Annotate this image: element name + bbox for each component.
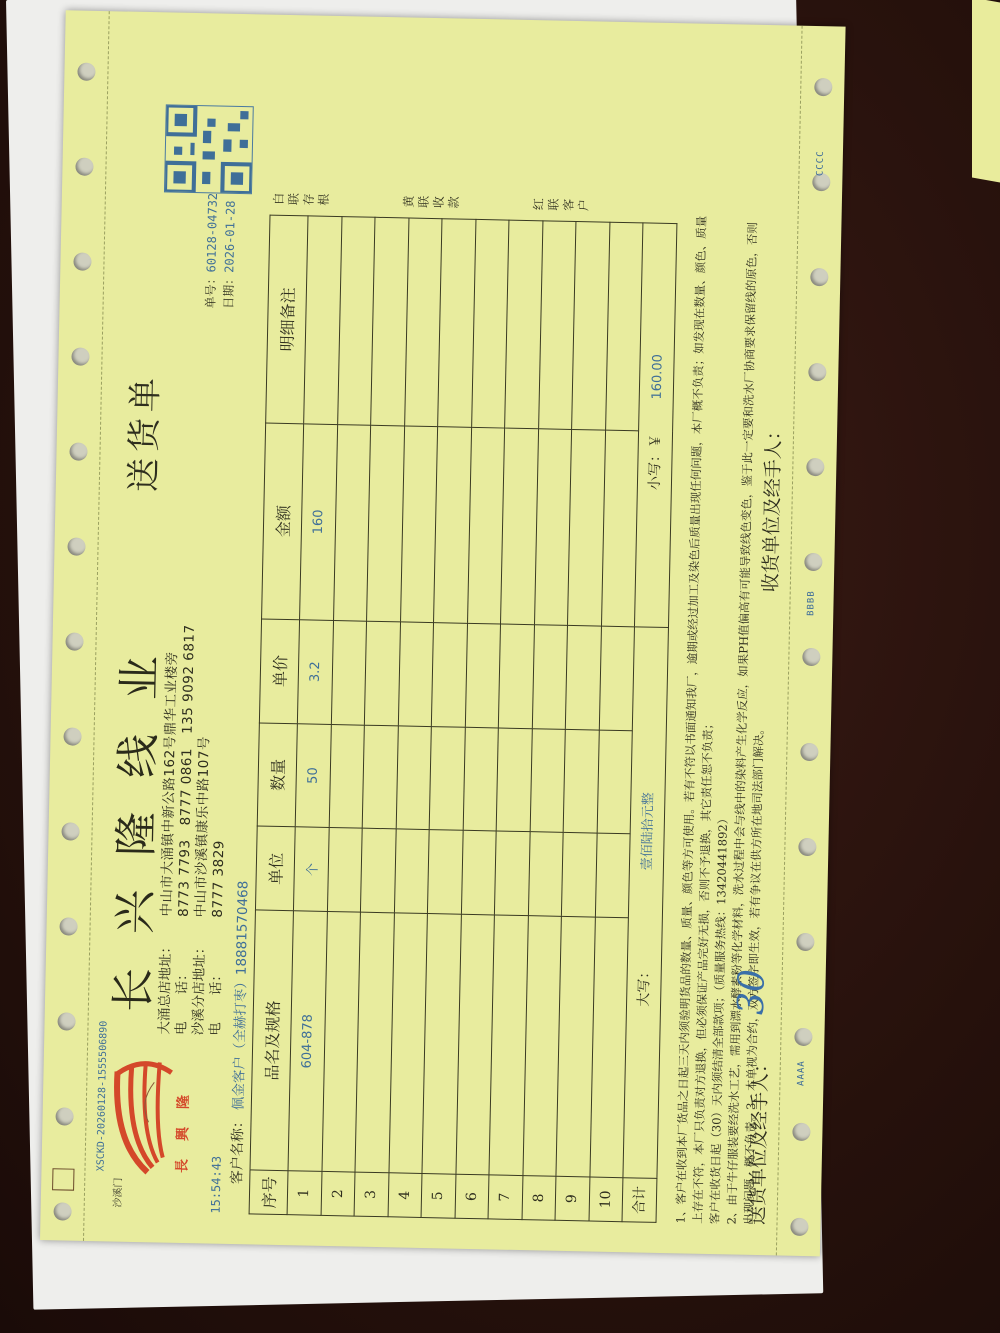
item-name: 604-878 xyxy=(300,1014,316,1069)
delivery-note: CCCC BBBB AAAA XSCKD-20260128-1555506890… xyxy=(40,10,846,1256)
sprocket-hole xyxy=(802,648,820,666)
header-unit: 单位 xyxy=(255,826,295,911)
sprocket-hole xyxy=(808,363,826,381)
total-lowercase-value: 160.00 xyxy=(650,354,666,400)
sprocket-hole xyxy=(792,1123,810,1141)
header-price: 单价 xyxy=(259,619,299,724)
sprocket-hole xyxy=(57,1012,75,1030)
sprocket-hole xyxy=(804,553,822,571)
sprocket-hole xyxy=(63,727,81,745)
date-label: 日期： xyxy=(222,273,237,309)
copy-label-yellow: 黄联收款 xyxy=(402,193,462,208)
sprocket-hole xyxy=(65,632,83,650)
branch-short-label: 沙溪门 xyxy=(109,1177,125,1207)
item-note xyxy=(304,216,342,424)
sender-signature-area: 送货单位及经手人： 30 xyxy=(742,1054,773,1226)
sprocket-hole xyxy=(798,838,816,856)
copy-label-red: 红联客户 xyxy=(532,196,592,211)
sprocket-hole xyxy=(806,458,824,476)
adjacent-document-corner xyxy=(972,0,1000,182)
address-block: 大涌总店地址： 中山市大涌镇中新公路162号鼎华工业楼旁 电 话： 8773 7… xyxy=(156,624,233,1036)
sprocket-hole xyxy=(73,252,91,270)
perforated-strip-bottom: CCCC BBBB AAAA xyxy=(776,26,846,1257)
copy-label-white: 白联存根 xyxy=(272,191,332,206)
sprocket-hole xyxy=(794,1028,812,1046)
item-unit: 个 xyxy=(305,863,320,876)
strip-code: BBBB xyxy=(806,590,817,616)
sprocket-hole xyxy=(810,268,828,286)
qr-code-icon xyxy=(164,104,254,194)
total-lowercase: 小写：￥ 160.00 xyxy=(634,223,676,627)
sprocket-hole xyxy=(796,933,814,951)
sprocket-hole xyxy=(75,158,93,176)
sprocket-hole xyxy=(814,78,832,96)
total-label: 合计 xyxy=(622,1178,656,1223)
sprocket-hole xyxy=(77,63,95,81)
item-price: 3.2 xyxy=(308,661,323,682)
sprocket-hole xyxy=(61,822,79,840)
order-number-label: 单号： xyxy=(204,272,219,308)
sprocket-hole xyxy=(790,1218,808,1236)
company-logo-icon xyxy=(107,1051,180,1182)
receiver-label: 收货单位及经手人： xyxy=(760,421,786,592)
header-name: 品名及规格 xyxy=(250,910,293,1170)
strip-code: CCCC xyxy=(815,150,826,176)
sprocket-hole xyxy=(69,442,87,460)
item-qty: 50 xyxy=(306,767,321,784)
items-table: 序号 品名及规格 单位 数量 单价 金额 明细备注 1 604-878 个 50… xyxy=(249,215,677,1223)
copy-labels: 白联存根 黄联收款 红联客户 xyxy=(272,191,662,213)
sprocket-hole xyxy=(800,743,818,761)
header-no: 序号 xyxy=(249,1170,288,1215)
registration-mark-icon xyxy=(52,1168,74,1190)
document-type-title: 送货单 xyxy=(116,371,168,492)
header-amount: 金额 xyxy=(262,423,304,620)
sprocket-hole xyxy=(71,347,89,365)
total-uppercase-value: 壹佰陆拾元整 xyxy=(640,792,657,870)
customer-row: 客户名称：佩金客户（全赫打枣）18881570468 xyxy=(225,880,252,1184)
order-meta: 单号：60128-04732 日期：2026-01-28 xyxy=(202,193,240,309)
sender-label: 送货单位及经手人： xyxy=(746,1054,772,1225)
sprocket-hole xyxy=(59,917,77,935)
sprocket-hole xyxy=(67,537,85,555)
order-date: 2026-01-28 xyxy=(222,200,238,273)
item-amount: 160 xyxy=(311,509,327,534)
header-qty: 数量 xyxy=(257,723,297,828)
sprocket-hole xyxy=(53,1202,71,1220)
print-time: 15:54:43 xyxy=(209,1156,224,1214)
sender-signature: 30 xyxy=(731,969,773,1016)
document-header: XSCKD-20260128-1555506890 沙溪门 長興隆 长兴隆线业 … xyxy=(93,41,227,1213)
strip-code: AAAA xyxy=(796,1060,807,1086)
logo-text: 長興隆 xyxy=(171,1077,193,1173)
customer-name: 佩金客户（全赫打枣）18881570468 xyxy=(231,881,252,1111)
sprocket-hole xyxy=(55,1107,73,1125)
header-note: 明细备注 xyxy=(266,215,308,424)
customer-label: 客户名称： xyxy=(229,1114,246,1184)
order-number: 60128-04732 xyxy=(204,193,220,273)
